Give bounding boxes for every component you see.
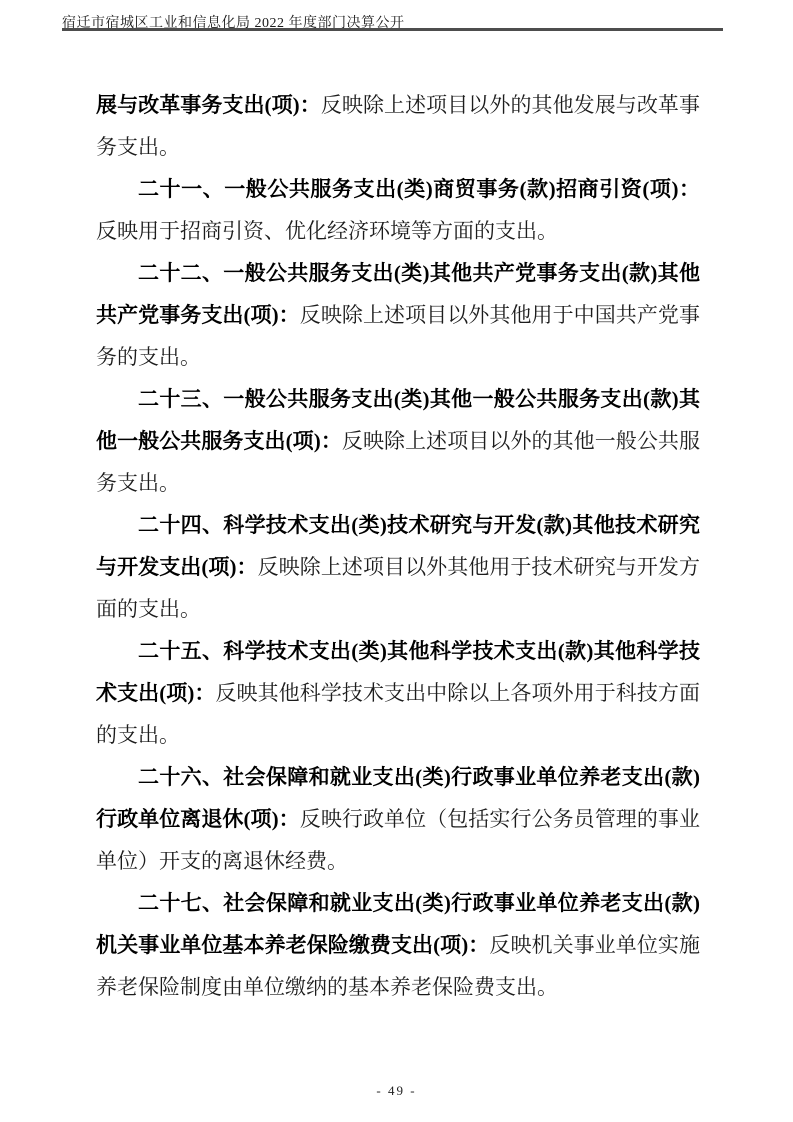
paragraph: 二十一、一般公共服务支出(类)商贸事务(款)招商引资(项)：反映用于招商引资、优… xyxy=(96,168,700,252)
paragraph: 展与改革事务支出(项)：反映除上述项目以外的其他发展与改革事务支出。 xyxy=(96,84,700,168)
paragraph-lead: 展与改革事务支出(项)： xyxy=(96,93,321,117)
paragraph: 二十五、科学技术支出(类)其他科学技术支出(款)其他科学技术支出(项)：反映其他… xyxy=(96,630,700,756)
paragraph: 二十二、一般公共服务支出(类)其他共产党事务支出(款)其他共产党事务支出(项)：… xyxy=(96,252,700,378)
document-body: 展与改革事务支出(项)：反映除上述项目以外的其他发展与改革事务支出。二十一、一般… xyxy=(96,84,700,1008)
paragraph: 二十三、一般公共服务支出(类)其他一般公共服务支出(款)其他一般公共服务支出(项… xyxy=(96,378,700,504)
header-divider-rule xyxy=(62,28,723,31)
paragraph: 二十四、科学技术支出(类)技术研究与开发(款)其他技术研究与开发支出(项)：反映… xyxy=(96,504,700,630)
paragraph: 二十七、社会保障和就业支出(类)行政事业单位养老支出(款)机关事业单位基本养老保… xyxy=(96,882,700,1008)
paragraph: 二十六、社会保障和就业支出(类)行政事业单位养老支出(款)行政单位离退休(项)：… xyxy=(96,756,700,882)
document-page: 宿迁市宿城区工业和信息化局 2022 年度部门决算公开 展与改革事务支出(项)：… xyxy=(0,0,793,1122)
paragraph-lead: 二十一、一般公共服务支出(类)商贸事务(款)招商引资(项)： xyxy=(138,177,700,201)
page-number: - 49 - xyxy=(0,1083,793,1099)
paragraph-text: 反映用于招商引资、优化经济环境等方面的支出。 xyxy=(96,219,558,243)
